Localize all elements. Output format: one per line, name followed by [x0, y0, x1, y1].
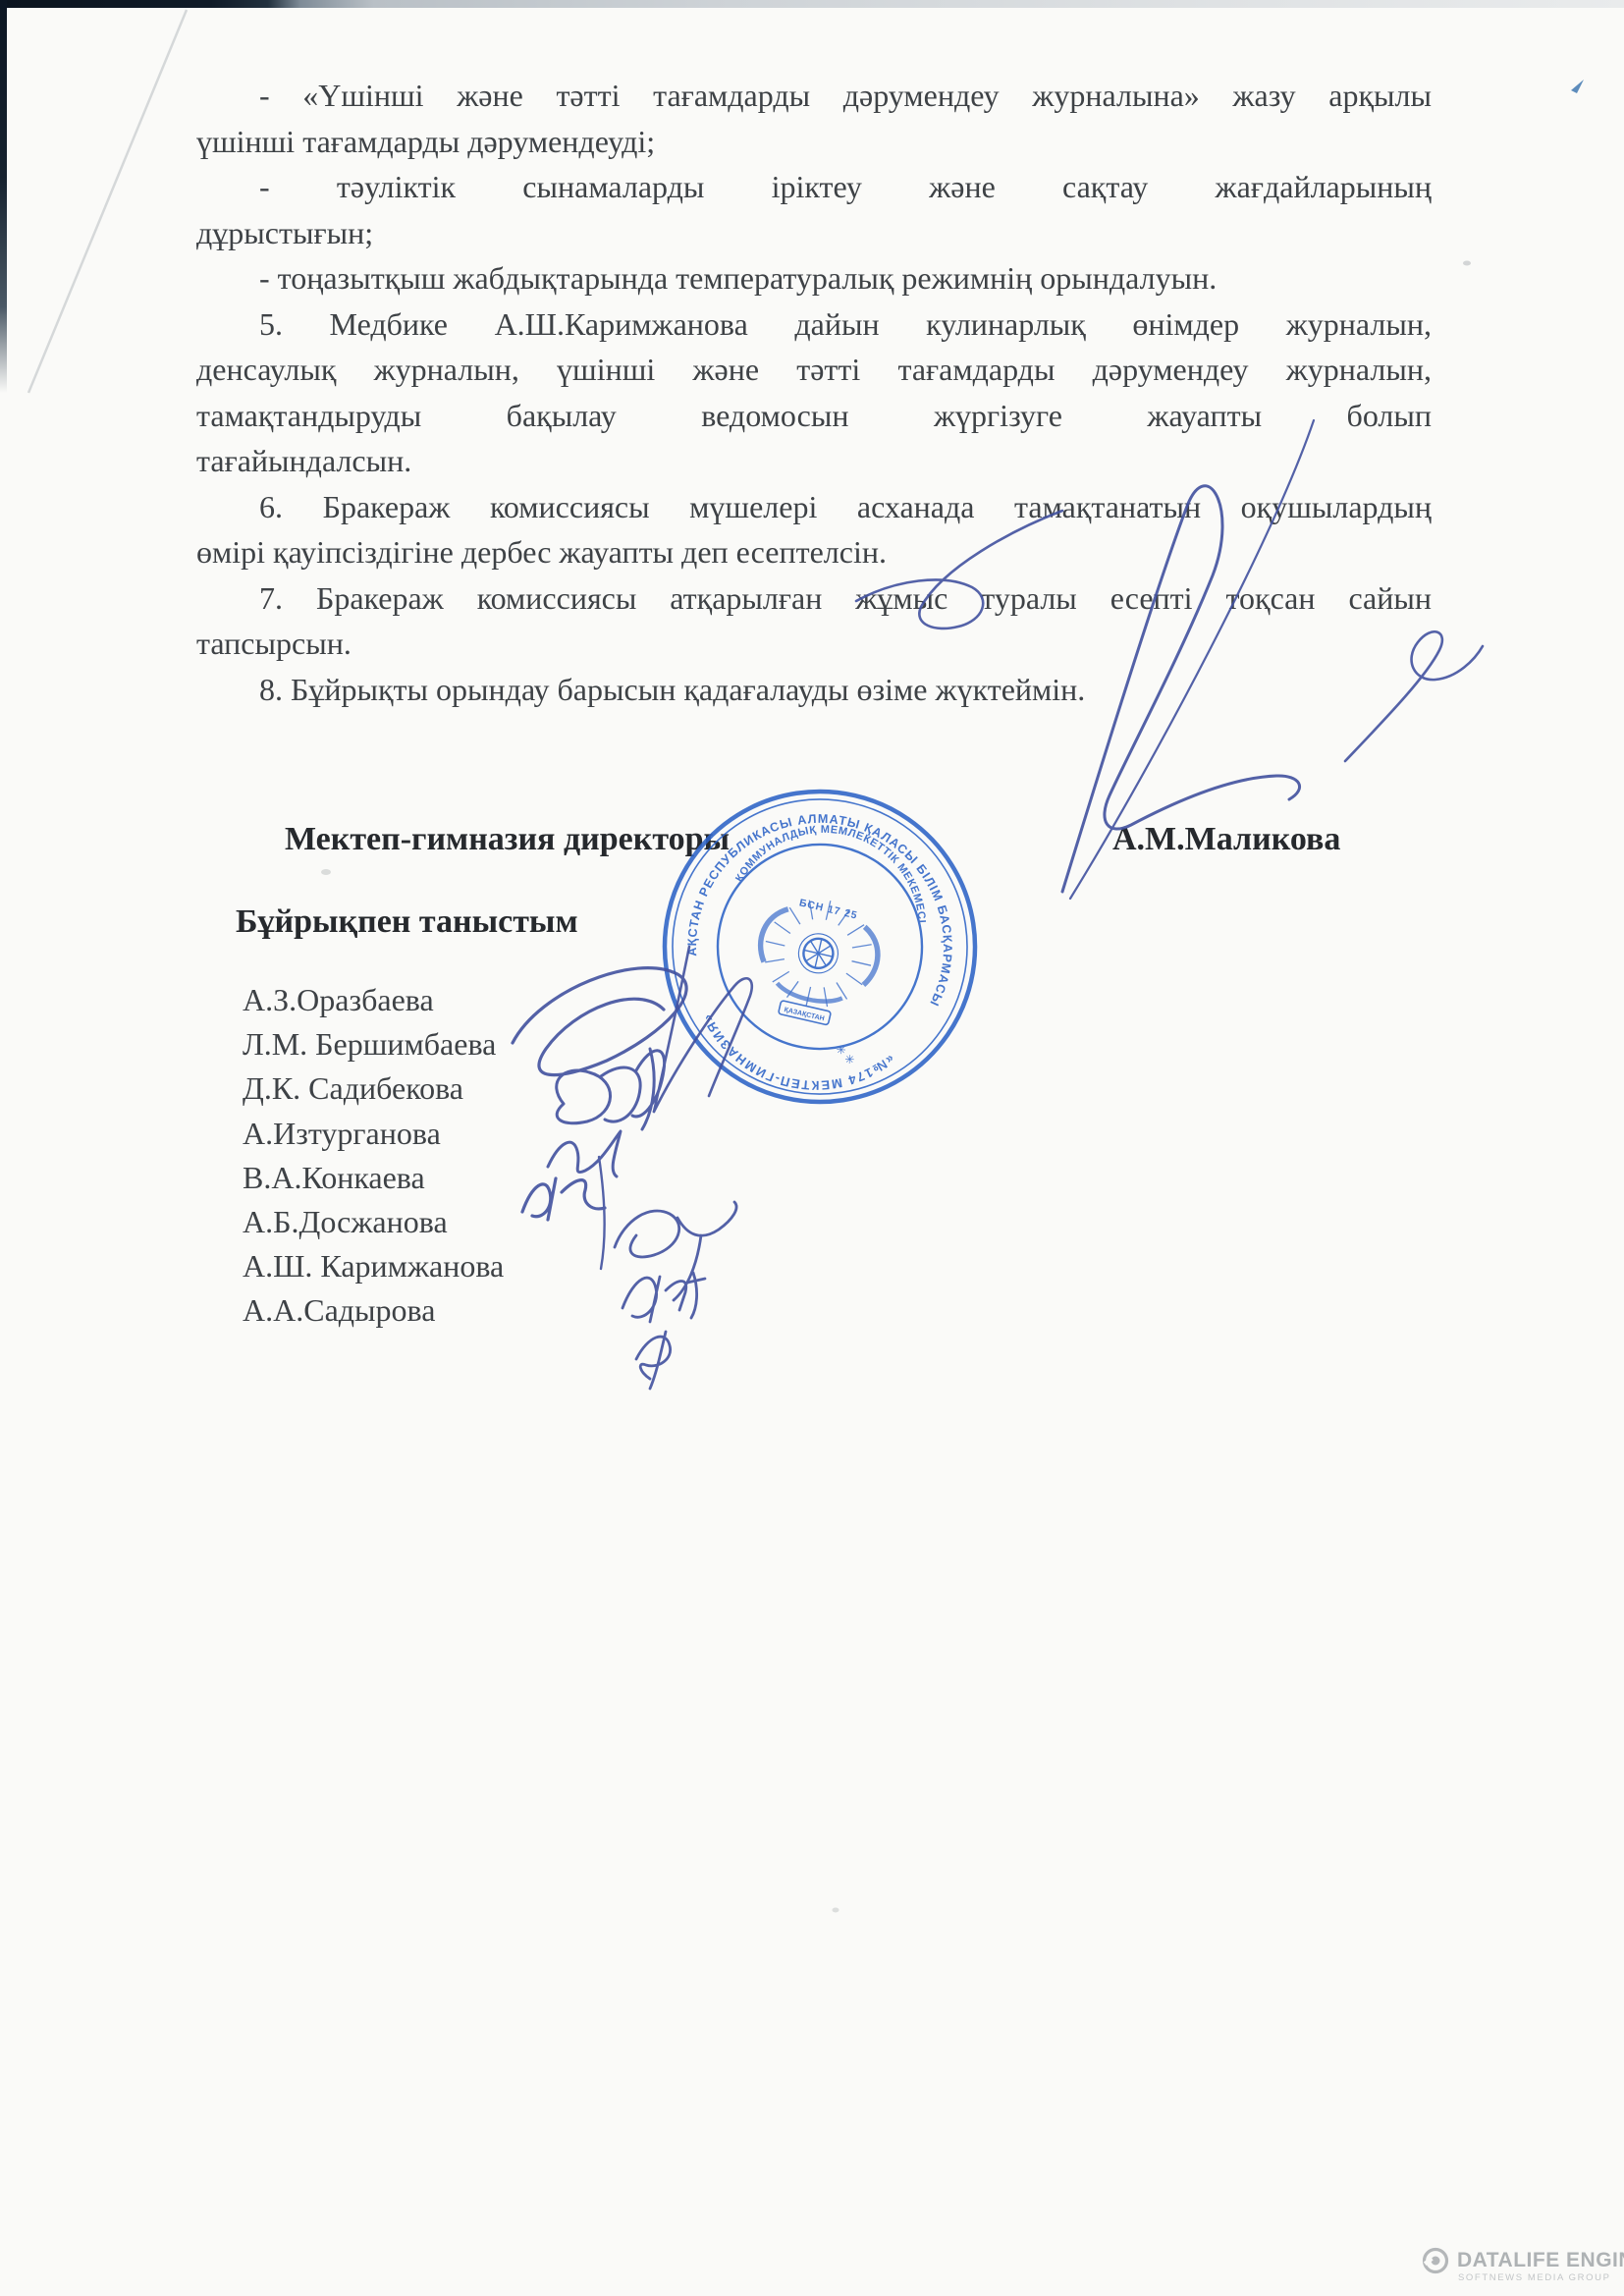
name-row: А.А.Садырова [243, 1288, 504, 1333]
body-line: үшінші тағамдарды дәрумендеуді; [196, 119, 1432, 165]
signature-dosjanova [615, 1202, 736, 1300]
signature-orazbaeva [513, 947, 752, 1112]
stamp-bsn-text: БСН 17 25 [798, 897, 859, 921]
body-line: - «Үшінші және тәтті тағамдарды дәруменд… [196, 73, 1432, 119]
director-title: Мектеп-гимназия директоры [285, 821, 730, 858]
stamp-inner-ring [697, 824, 942, 1068]
signature-sadibekova [632, 1049, 665, 1129]
kazakhstan-emblem-icon: ҚАЗАҚСТАН ✳ ✳ [737, 888, 892, 1069]
scan-speck [321, 869, 331, 875]
signature-bershimbaeva [557, 1067, 640, 1123]
name-row: А.Б.Досжанова [243, 1200, 504, 1244]
pen-check-mark [1571, 80, 1584, 93]
name-row: А.Изтурганова [243, 1112, 504, 1156]
datalife-engine-watermark: DATALIFE ENGINE SOFTNEWS MEDIA GROUP [1422, 2245, 1618, 2292]
name-row: Л.М. Бершимбаева [243, 1022, 504, 1066]
stamp-ring-bottom-text: «№174 МЕКТЕП-ГИМНАЗИЯ» [687, 1009, 899, 1113]
svg-text:КОММУНАЛДЫҚ МЕМЛЕКЕТТІК МЕКЕМЕ: КОММУНАЛДЫҚ МЕМЛЕКЕТТІК МЕКЕМЕСІ [732, 804, 945, 927]
signature-stroke-vertical [599, 1157, 605, 1269]
body-line: - тәуліктік сынамаларды іріктеу және сақ… [196, 164, 1432, 210]
director-name: А.М.Маликова [1112, 821, 1340, 858]
watermark-subtitle: SOFTNEWS MEDIA GROUP [1458, 2272, 1611, 2283]
datalife-engine-logo-icon [1422, 2247, 1449, 2274]
signature-konkaeva [522, 1178, 605, 1220]
body-line: тағайындалсын. [196, 438, 1432, 484]
body-line: дұрыстығын; [196, 210, 1432, 256]
body-line: 6. Бракераж комиссиясы мүшелері асханада… [196, 484, 1432, 530]
signature-izturganova [548, 1131, 621, 1176]
stamp-inner-arc-text: КОММУНАЛДЫҚ МЕМЛЕКЕТТІК МЕКЕМЕСІ [732, 804, 945, 927]
name-row: А.Ш. Каримжанова [243, 1244, 504, 1288]
scan-speck [833, 1908, 839, 1913]
signature-karimzhanova [623, 1273, 705, 1322]
scan-top-edge-artifact [0, 0, 1624, 8]
svg-text:ҚАЗАҚСТАН РЕСПУБЛИКАСЫ АЛМАТЫ: ҚАЗАҚСТАН РЕСПУБЛИКАСЫ АЛМАТЫ ҚАЛАСЫ БІЛ… [653, 780, 987, 1015]
scan-crease-line [28, 10, 187, 393]
body-line: тамақтандыруды бақылау ведомосын жүргізу… [196, 393, 1432, 439]
body-line: 5. Медбике А.Ш.Каримжанова дайын кулинар… [196, 301, 1432, 348]
body-line: - тоңазытқыш жабдықтарында температуралы… [196, 255, 1432, 301]
name-row: Д.К. Садибекова [243, 1066, 504, 1111]
order-body-text: - «Үшінші және тәтті тағамдарды дәруменд… [196, 73, 1432, 712]
scanned-document-page: - «Үшінші және тәтті тағамдарды дәруменд… [0, 0, 1624, 2296]
body-line: 7. Бракераж комиссиясы атқарылған жұмыс … [196, 575, 1432, 622]
body-line: өмірі қауіпсіздігіне дербес жауапты деп … [196, 529, 1432, 575]
name-row: В.А.Конкаева [243, 1156, 504, 1200]
watermark-title: DATALIFE ENGINE [1457, 2249, 1624, 2272]
acknowledgement-names-list: А.З.Оразбаева Л.М. Бершимбаева Д.К. Сади… [243, 978, 504, 1334]
acknowledgement-heading: Бұйрықпен таныстым [236, 903, 578, 941]
scan-speck [1463, 261, 1471, 266]
name-row: А.З.Оразбаева [243, 978, 504, 1022]
stamp-stars: ✳ ✳ [833, 1042, 858, 1068]
signature-sadyrova [636, 1332, 671, 1389]
body-line: тапсырсын. [196, 621, 1432, 667]
scan-left-edge-artifact [0, 0, 7, 393]
body-line: денсаулық журналын, үшінші және тәтті та… [196, 347, 1432, 393]
emblem-banner-text: ҚАЗАҚСТАН [784, 1007, 825, 1022]
stamp-ring-top-text: ҚАЗАҚСТАН РЕСПУБЛИКАСЫ АЛМАТЫ ҚАЛАСЫ БІЛ… [653, 780, 987, 1015]
svg-text:«№174 МЕКТЕП-ГИМНАЗИЯ»: «№174 МЕКТЕП-ГИМНАЗИЯ» [687, 1009, 899, 1113]
body-line: 8. Бұйрықты орындау барысын қадағалауды … [196, 667, 1432, 713]
